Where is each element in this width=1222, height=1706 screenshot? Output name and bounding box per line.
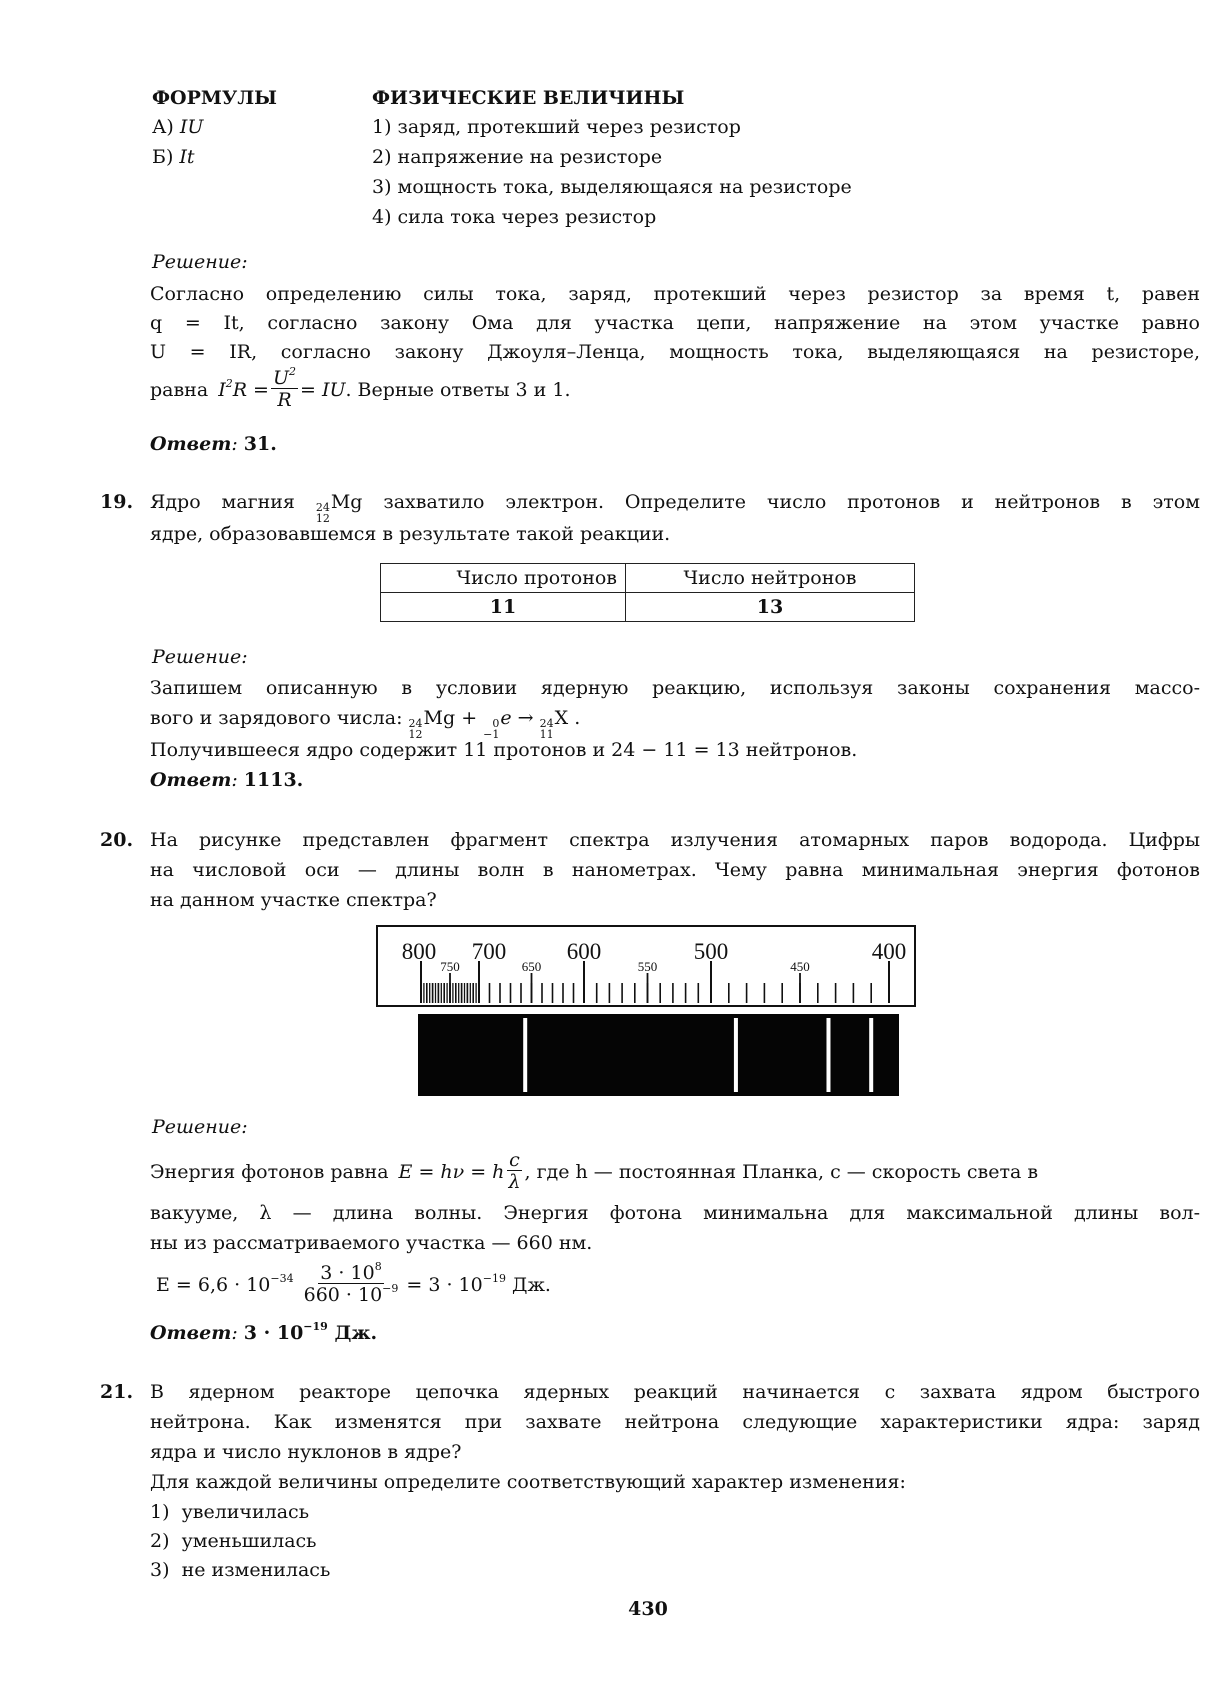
solution-label: Решение:: [152, 1115, 248, 1139]
formula-i2r: I2R =: [218, 378, 269, 402]
problem-number: 19.: [100, 490, 133, 514]
formula-a: А) IU: [152, 115, 203, 139]
table-cell: 11: [381, 593, 626, 622]
table-header-row: Число протонов Число нейтронов: [381, 564, 915, 593]
solution-line: ны из рассматриваемого участка — 660 нм.: [150, 1231, 592, 1255]
solution-line: U = IR, согласно закону Джоуля–Ленца, мо…: [150, 340, 1200, 364]
table-header: Число нейтронов: [626, 564, 915, 593]
quantity-item: 1) заряд, протекший через резистор: [372, 115, 741, 139]
solution-label: Решение:: [152, 645, 248, 669]
solution-label: Решение:: [152, 250, 248, 274]
solution-line: Запишем описанную в условии ядерную реак…: [150, 676, 1200, 700]
option-item: 1) увеличилась: [150, 1500, 309, 1524]
option-item: 3) не изменилась: [150, 1558, 330, 1582]
nuclide-mg: 2412Mg: [316, 491, 363, 513]
svg-text:550: 550: [638, 959, 658, 974]
solution-line: q = It, согласно закону Ома для участка …: [150, 311, 1200, 335]
svg-text:450: 450: [790, 959, 810, 974]
answer-line: Ответ: 31.: [150, 432, 277, 456]
quantities-header: ФИЗИЧЕСКИЕ ВЕЛИЧИНЫ: [372, 86, 684, 110]
answer-line: Ответ: 1113.: [150, 768, 303, 792]
svg-text:750: 750: [440, 959, 460, 974]
problem-number: 21.: [100, 1380, 133, 1404]
scale-ticks: 750650550450800700600500400: [378, 927, 914, 1005]
problem-text-line: Ядро магния 2412Mg захватило электрон. О…: [150, 490, 1200, 524]
quantity-item: 2) напряжение на резисторе: [372, 145, 662, 169]
instruction-line: Для каждой величины определите соответст…: [150, 1470, 906, 1494]
quantity-item: 4) сила тока через резистор: [372, 205, 656, 229]
solution-formula-line: равна I2R = U2R = IU . Верные ответы 3 и…: [150, 368, 571, 411]
solution-line: Получившееся ядро содержит 11 протонов и…: [150, 738, 857, 762]
svg-text:600: 600: [567, 939, 602, 964]
svg-text:400: 400: [872, 939, 907, 964]
page-number: 430: [0, 1598, 1222, 1620]
problem-text-line: на числовой оси — длины волн в нанометра…: [150, 858, 1200, 882]
quantity-item: 3) мощность тока, выделяющаяся на резист…: [372, 175, 852, 199]
problem-text-line: нейтрона. Как изменятся при захвате нейт…: [150, 1410, 1200, 1434]
formula-fraction: U2R: [271, 368, 298, 411]
table-header: Число протонов: [381, 564, 626, 593]
problem-number: 20.: [100, 828, 133, 852]
calculation: E = 6,6 · 10−34 3 · 108 660 · 10−9 = 3 ·…: [156, 1263, 551, 1306]
solution-line: вакууме, λ — длина волны. Энергия фотона…: [150, 1201, 1200, 1225]
solution-line: Согласно определению силы тока, заряд, п…: [150, 282, 1200, 306]
answer-line: Ответ: 3 · 10−19 Дж.: [150, 1321, 377, 1345]
problem-text-line: на данном участке спектра?: [150, 888, 437, 912]
table-cell: 13: [626, 593, 915, 622]
formula-iu: = IU: [300, 378, 345, 402]
svg-text:800: 800: [402, 939, 437, 964]
answer-table: Число протонов Число нейтронов 11 13: [380, 563, 915, 622]
svg-text:650: 650: [522, 959, 542, 974]
formula-fraction: cλ: [506, 1150, 522, 1193]
reaction-equation: 2412Mg + 0−1e → 2411X .: [409, 707, 581, 729]
problem-text-line: ядра и число нуклонов в ядре?: [150, 1440, 461, 1464]
formulas-header: ФОРМУЛЫ: [152, 86, 277, 110]
energy-formula: E = hν = h: [399, 1160, 505, 1184]
solution-line: Энергия фотонов равна E = hν = h cλ , гд…: [150, 1150, 1200, 1193]
spectral-lines: [418, 1014, 899, 1096]
wavelength-scale: 750650550450800700600500400: [376, 925, 916, 1007]
problem-text-line: На рисунке представлен фрагмент спектра …: [150, 828, 1200, 852]
svg-text:500: 500: [694, 939, 729, 964]
problem-text-line: ядре, образовавшемся в результате такой …: [150, 522, 670, 546]
svg-text:700: 700: [472, 939, 507, 964]
calc-fraction: 3 · 108 660 · 10−9: [302, 1263, 401, 1306]
formula-b: Б) It: [152, 145, 195, 169]
emission-spectrum-band: [418, 1014, 899, 1096]
option-item: 2) уменьшилась: [150, 1529, 317, 1553]
table-row: 11 13: [381, 593, 915, 622]
problem-text-line: В ядерном реакторе цепочка ядерных реакц…: [150, 1380, 1200, 1404]
solution-line: вого и зарядового числа: 2412Mg + 0−1e →…: [150, 706, 580, 740]
